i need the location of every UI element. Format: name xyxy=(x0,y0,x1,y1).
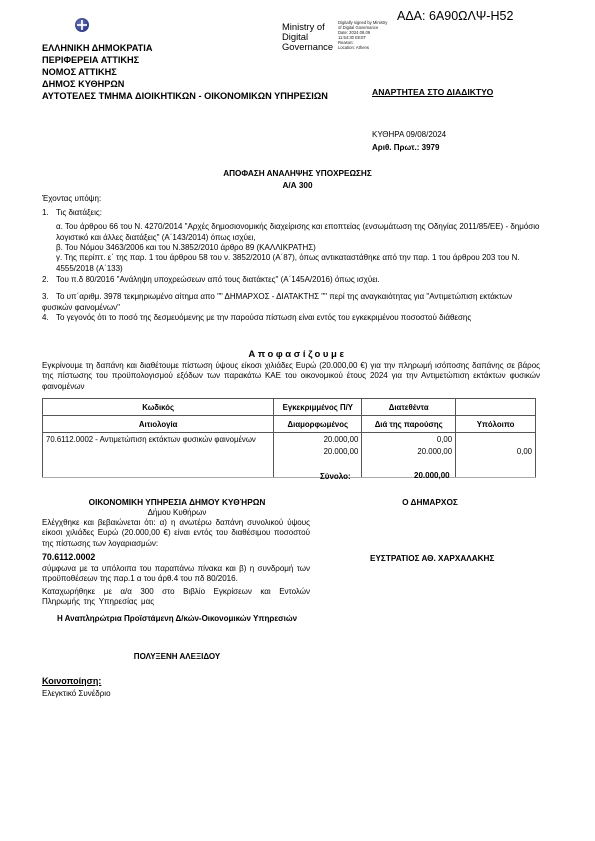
description-text: 70.6112.0002 - Αντιμετώπιση εκτάκτων φυσ… xyxy=(46,434,270,446)
total-value: 20.000,00 xyxy=(414,471,450,480)
finance-registration-text: Καταχωρήθηκε με α/α 300 στο Βιβλίο Εγκρί… xyxy=(42,587,310,608)
decision-paragraph: Εγκρίνουμε τη δαπάνη και διαθέτουμε πίστ… xyxy=(42,361,540,392)
item-text: Το γεγονός ότι το ποσό της δεσμευόμενης … xyxy=(56,313,471,322)
post-online-label: ΑΝΑΡΤΗΤΕΑ ΣΤΟ ΔΙΑΔΙΚΤΥΟ xyxy=(372,87,493,97)
org-line-municipality: ΔΗΜΟΣ ΚΥΘΗΡΩΝ xyxy=(42,79,124,91)
finance-conditions-text: σύμφωνα με τα υπόλοιπα του παραπάνω πίνα… xyxy=(42,564,310,585)
item-number: 1. xyxy=(42,208,56,219)
considering-item-4: 4.Το γεγονός ότι το ποσό της δεσμευόμενη… xyxy=(42,313,562,324)
allocated-value: 0,00 xyxy=(365,434,452,446)
finance-service-title: ΟΙΚΟΝΟΜΙΚΗ ΥΠΗΡΕΣΙΑ ΔΗΜΟΥ ΚΥΘΉΡΩΝ xyxy=(42,497,312,507)
item-number: 4. xyxy=(42,313,56,324)
signature-line: Location: Athens xyxy=(338,45,387,50)
item-number: 3. xyxy=(42,292,56,303)
considering-item-3: 3.Το υπ΄αριθμ. 3978 τεκμηριωμένο αίτημα … xyxy=(42,292,542,313)
item-text: Το υπ΄αριθμ. 3978 τεκμηριωμένο αίτημα απ… xyxy=(42,292,512,312)
ministry-line: Governance xyxy=(282,42,333,52)
signature-ministry: Ministry of Digital Governance xyxy=(282,22,333,52)
decision-heading: Αποφασίζουμε xyxy=(0,349,595,360)
col-header-approved: Εγκεκριμμένος Π/Υ xyxy=(274,399,362,416)
col-header-justification: Αιτιολογία xyxy=(43,416,274,433)
ada-code: ΑΔΑ: 6Α90ΩΛΨ-Η52 xyxy=(397,9,513,23)
finance-account-code: 70.6112.0002 xyxy=(42,552,95,562)
col-header-adjusted: Διαμορφωμένος xyxy=(274,416,362,433)
considering-item-2: 2.Του π.δ 80/2016 "Ανάληψη υποχρεώσεων α… xyxy=(42,275,380,286)
table-header-row: Αιτιολογία Διαμορφωμένος Διά της παρούση… xyxy=(43,416,536,433)
considering-item-1: 1.Τις διατάξεις: xyxy=(42,208,102,219)
table-header-row: Κωδικός Εγκεκριμμένος Π/Υ Διατεθέντα xyxy=(43,399,536,416)
budget-table: Κωδικός Εγκεκριμμένος Π/Υ Διατεθέντα Αιτ… xyxy=(42,398,536,478)
org-line-republic: ΕΛΛΗΝΙΚΗ ΔΗΜΟΚΡΑΤΙΑ xyxy=(42,43,152,55)
row-remaining: 0,00 xyxy=(456,433,536,478)
item-text: Του π.δ 80/2016 "Ανάληψη υποχρεώσεων από… xyxy=(56,275,380,284)
finance-signer-name: ΠΟΛΥΞΕΝΗ ΑΛΕΞΙΔΟΥ xyxy=(42,652,312,661)
mayor-name: ΕΥΣΤΡΑΤΙΟΣ ΑΘ. ΧΑΡΧΑΛΑΚΗΣ xyxy=(370,554,494,563)
col-header-empty xyxy=(456,399,536,416)
org-line-region: ΠΕΡΙΦΕΡΕΙΑ ΑΤΤΙΚΗΣ xyxy=(42,55,139,67)
considering-sub-c: γ. Της περίπτ. ε΄ της παρ. 1 του άρθρου … xyxy=(56,253,556,274)
item-number: 2. xyxy=(42,275,56,286)
row-approved: 20.000,00 20.000,00 xyxy=(274,433,362,478)
item-text: Τις διατάξεις: xyxy=(56,208,102,217)
finance-verification-text: Ελέγχθηκε και βεβαιώνεται ότι: α) η ανωτ… xyxy=(42,518,310,549)
remaining-value: 0,00 xyxy=(459,446,532,458)
col-header-current: Διά της παρούσης xyxy=(362,416,456,433)
considering-sub-a: α. Του άρθρου 66 του Ν. 4270/2014 "Αρχές… xyxy=(56,222,556,243)
greek-coat-of-arms-icon xyxy=(75,18,89,32)
place-date: ΚΥΘΗΡΑ 09/08/2024 xyxy=(372,130,446,139)
table-row: 70.6112.0002 - Αντιμετώπιση εκτάκτων φυσ… xyxy=(43,433,536,478)
considering-intro: Έχοντας υπόψη: xyxy=(42,194,101,205)
adjusted-value: 20.000,00 xyxy=(277,446,358,458)
finance-service-subtitle: Δήμου Κυθήρων xyxy=(42,508,312,517)
notification-recipient: Ελεγκτικό Συνέδριο xyxy=(42,689,111,698)
col-header-remaining: Υπόλοιπο xyxy=(456,416,536,433)
finance-signer-role: Η Αναπληρώτρια Προϊστάμενη Δ/κών-Οικονομ… xyxy=(42,614,312,623)
document-serial: Α/Α 300 xyxy=(0,181,595,190)
approved-value: 20.000,00 xyxy=(277,434,358,446)
notification-label: Κοινοποίηση: xyxy=(42,676,101,686)
document-title: ΑΠΟΦΑΣΗ ΑΝΑΛΗΨΗΣ ΥΠΟΧΡΕΩΣΗΣ xyxy=(0,169,595,178)
col-header-code: Κωδικός xyxy=(43,399,274,416)
org-line-department: ΑΥΤΟΤΕΛΕΣ ΤΜΗΜΑ ΔΙΟΙΚΗΤΙΚΩΝ - ΟΙΚΟΝΟΜΙΚΩ… xyxy=(42,91,328,103)
protocol-number: Αριθ. Πρωτ.: 3979 xyxy=(372,143,439,152)
row-description: 70.6112.0002 - Αντιμετώπιση εκτάκτων φυσ… xyxy=(43,433,274,478)
org-line-prefecture: ΝΟΜΟΣ ΑΤΤΙΚΗΣ xyxy=(42,67,117,79)
total-label: Σύνολο: xyxy=(320,472,351,481)
considering-sub-b: β. Του Νόμου 3463/2006 και του Ν.3852/20… xyxy=(56,243,556,254)
mayor-title: Ο ΔΗΜΑΡΧΟΣ xyxy=(340,497,520,507)
current-value: 20.000,00 xyxy=(365,446,452,458)
col-header-allocated: Διατεθέντα xyxy=(362,399,456,416)
digital-signature-details: Digitally signed by Ministry of Digital … xyxy=(338,20,387,50)
